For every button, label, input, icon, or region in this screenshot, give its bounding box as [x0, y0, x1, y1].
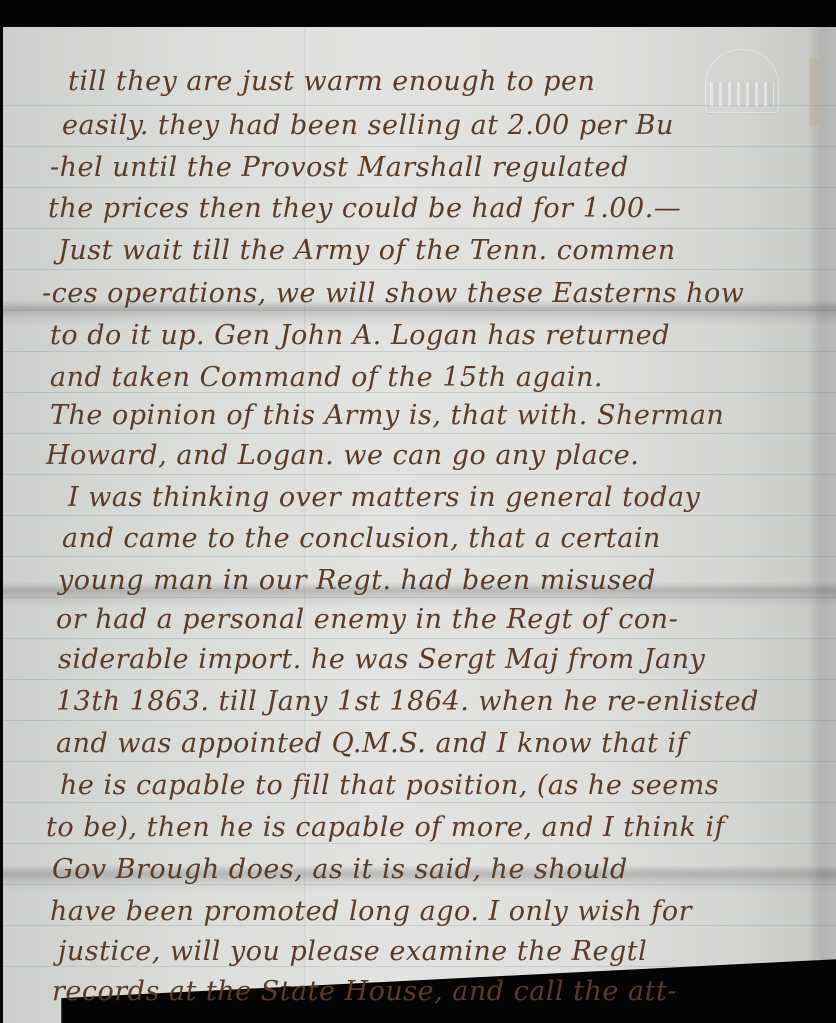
text-line: till they are just warm enough to pen — [68, 68, 836, 95]
text-line: Gov Brough does, as it is said, he shoul… — [52, 856, 836, 883]
ruled-line — [3, 187, 836, 188]
ruled-line — [3, 761, 836, 762]
ruled-line — [3, 351, 836, 352]
text-line: -hel until the Provost Marshall regulate… — [50, 154, 836, 181]
text-line: siderable import. he was Sergt Maj from … — [58, 646, 836, 673]
text-line: -ces operations, we will show these East… — [42, 280, 836, 307]
ruled-line — [3, 269, 836, 270]
text-line: young man in our Regt. had been misused — [58, 567, 836, 594]
text-line: and was appointed Q.M.S. and I know that… — [56, 730, 836, 757]
text-line: or had a personal enemy in the Regt of c… — [56, 606, 836, 633]
ruled-line — [3, 146, 836, 147]
text-line: have been promoted long ago. I only wish… — [50, 898, 836, 925]
text-line: The opinion of this Army is, that with. … — [50, 402, 836, 429]
text-line: to do it up. Gen John A. Logan has retur… — [50, 322, 836, 349]
ruled-line — [3, 843, 836, 844]
ruled-line — [3, 720, 836, 721]
ruled-line — [3, 228, 836, 229]
text-line: easily. they had been selling at 2.00 pe… — [62, 112, 836, 139]
text-line: and taken Command of the 15th again. — [50, 364, 836, 391]
ruled-line — [3, 515, 836, 516]
ruled-line — [3, 556, 836, 557]
text-line: 13th 1863. till Jany 1st 1864. when he r… — [56, 688, 836, 715]
text-line: Just wait till the Army of the Tenn. com… — [58, 237, 836, 264]
text-line: and came to the conclusion, that a certa… — [62, 525, 836, 552]
ruled-line — [3, 433, 836, 434]
text-line: the prices then they could be had for 1.… — [48, 195, 836, 222]
text-line: he is capable to fill that position, (as… — [60, 772, 836, 799]
text-line: justice, will you please examine the Reg… — [58, 938, 836, 965]
ruled-line — [3, 802, 836, 803]
ruled-line — [3, 679, 836, 680]
text-line: I was thinking over matters in general t… — [68, 484, 836, 511]
ruled-line — [3, 474, 836, 475]
text-line: Howard, and Logan. we can go any place. — [46, 442, 836, 469]
text-line: records at the State House, and call the… — [52, 978, 836, 1005]
text-line: to be), then he is capable of more, and … — [46, 814, 836, 841]
ruled-line — [3, 638, 836, 639]
